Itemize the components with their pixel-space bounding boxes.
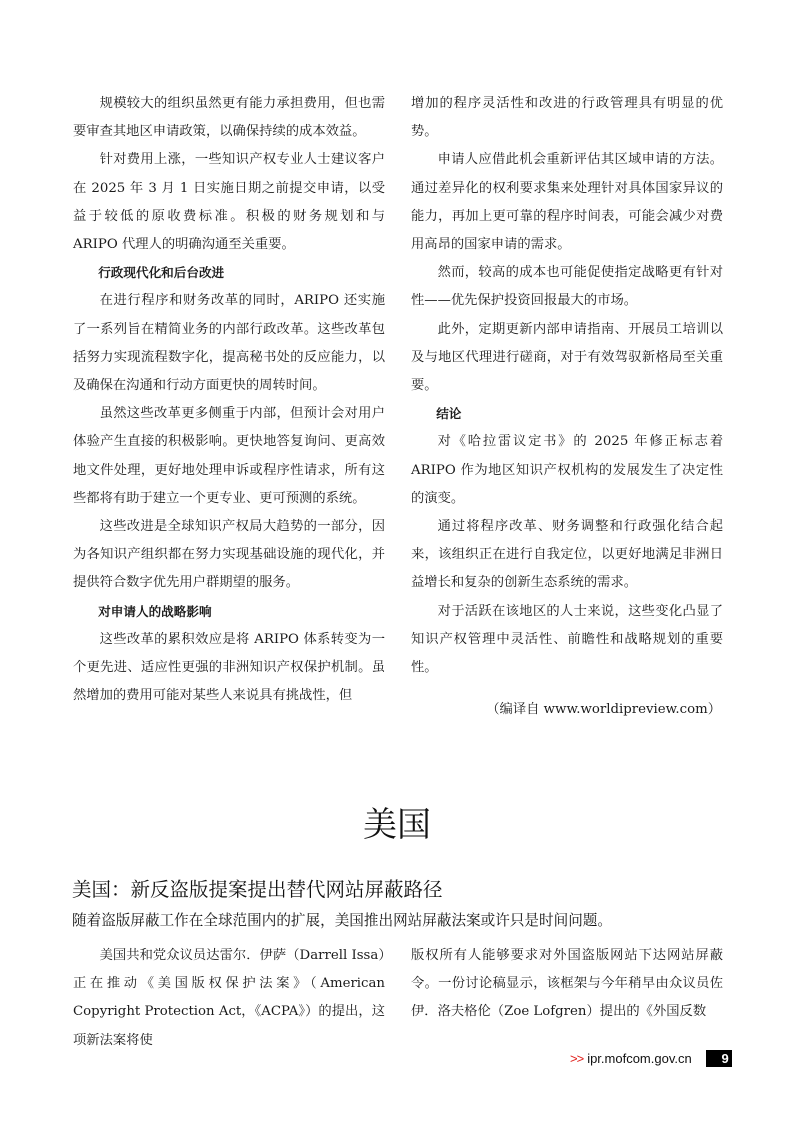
footer-site-link[interactable]: ipr.mofcom.gov.cn bbox=[587, 1051, 692, 1066]
paragraph: 版权所有人能够要求对外国盗版网站下达网站屏蔽令。一份讨论稿显示，该框架与今年稍早… bbox=[411, 942, 723, 1027]
paragraph: 针对费用上涨，一些知识产权专业人士建议客户在 2025 年 3 月 1 日实施日… bbox=[73, 146, 385, 259]
paragraph: 此外，定期更新内部申请指南、开展员工培训以及与地区代理进行磋商，对于有效驾驭新格… bbox=[411, 316, 723, 401]
paragraph: 在进行程序和财务改革的同时，ARIPO 还实施了一系列旨在精简业务的内部行政改革… bbox=[73, 287, 385, 400]
paragraph: 通过将程序改革、财务调整和行政强化结合起来，该组织正在进行自我定位，以更好地满足… bbox=[411, 513, 723, 598]
paragraph: 申请人应借此机会重新评估其区域申请的方法。通过差异化的权利要求集来处理针对具体国… bbox=[411, 146, 723, 259]
article-title: 美国：新反盗版提案提出替代网站屏蔽路径 bbox=[72, 876, 443, 904]
paragraph: 对于活跃在该地区的人士来说，这些变化凸显了知识产权管理中灵活性、前瞻性和战略规划… bbox=[411, 598, 723, 683]
paragraph: 这些改进是全球知识产权局大趋势的一部分，因为各知识产组织都在努力实现基础设施的现… bbox=[73, 513, 385, 598]
paragraph: 美国共和党众议员达雷尔．伊萨（Darrell Issa）正在推动《美国版权保护法… bbox=[73, 942, 385, 1055]
article-body-right: 版权所有人能够要求对外国盗版网站下达网站屏蔽令。一份讨论稿显示，该框架与今年稍早… bbox=[411, 942, 723, 1027]
double-chevron-right-icon: >> bbox=[570, 1051, 583, 1066]
paragraph: 规模较大的组织虽然更有能力承担费用，但也需要审查其地区申请政策，以确保持续的成本… bbox=[73, 90, 385, 146]
paragraph: 对《哈拉雷议定书》的 2025 年修正标志着 ARIPO 作为地区知识产权机构的… bbox=[411, 428, 723, 513]
page-footer: >> ipr.mofcom.gov.cn 9 bbox=[570, 1046, 732, 1070]
article-column-left: 规模较大的组织虽然更有能力承担费用，但也需要审查其地区申请政策，以确保持续的成本… bbox=[73, 90, 385, 710]
article-column-right: 增加的程序灵活性和改进的行政管理具有明显的优势。 申请人应借此机会重新评估其区域… bbox=[411, 90, 723, 724]
paragraph: 增加的程序灵活性和改进的行政管理具有明显的优势。 bbox=[411, 90, 723, 146]
subheading-conclusion: 结论 bbox=[411, 400, 723, 428]
source-attribution: （编译自 www.worldipreview.com） bbox=[411, 696, 723, 724]
subheading-admin-modernization: 行政现代化和后台改进 bbox=[73, 259, 385, 287]
article-body-left: 美国共和党众议员达雷尔．伊萨（Darrell Issa）正在推动《美国版权保护法… bbox=[73, 942, 385, 1055]
section-title: 美国 bbox=[0, 800, 794, 850]
article-subtitle: 随着盗版屏蔽工作在全球范围内的扩展，美国推出网站屏蔽法案或许只是时间问题。 bbox=[72, 909, 612, 933]
subheading-strategic-impact: 对申请人的战略影响 bbox=[73, 598, 385, 626]
paragraph: 然而，较高的成本也可能促使指定战略更有针对性——优先保护投资回报最大的市场。 bbox=[411, 259, 723, 315]
paragraph: 虽然这些改革更多侧重于内部，但预计会对用户体验产生直接的积极影响。更快地答复询问… bbox=[73, 400, 385, 513]
page-number: 9 bbox=[706, 1050, 732, 1067]
paragraph: 这些改革的累积效应是将 ARIPO 体系转变为一个更先进、适应性更强的非洲知识产… bbox=[73, 626, 385, 711]
